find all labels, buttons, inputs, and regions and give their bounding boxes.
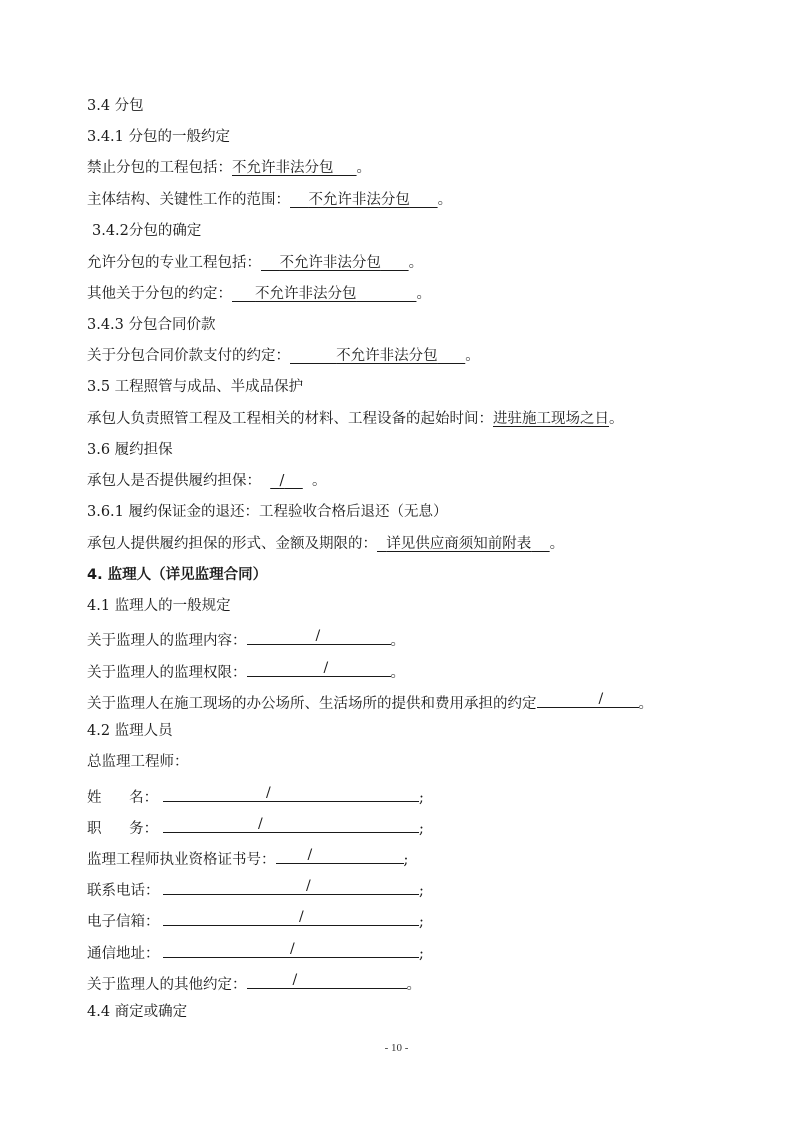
field-label: 承包人是否提供履约担保： <box>87 473 261 489</box>
heading-text: 3.4 分包 <box>87 98 144 114</box>
field-label: 姓 名： <box>87 788 163 808</box>
allowed-subcontract-value: 不允许非法分包 <box>279 255 381 271</box>
care-start-value: 进驻施工现场之日 <box>493 411 609 427</box>
name-field: / <box>163 784 419 802</box>
field-label: 关于监理人的其他约定： <box>87 977 247 993</box>
subcontract-payment-row: 关于分包合同价款支付的约定： 不允许非法分包 。 <box>87 346 480 366</box>
heading-text: 3.4.3 分包合同价款 <box>87 317 216 333</box>
other-supervisor-row: 关于监理人的其他约定：/。 <box>87 971 421 995</box>
underline-pad <box>377 536 386 552</box>
section-4-1-heading: 4.1 监理人的一般规定 <box>87 596 231 616</box>
punctuation: ; <box>419 946 424 962</box>
address-row: 通信地址：/; <box>87 940 424 964</box>
punctuation: ; <box>419 821 424 837</box>
section-4-4-heading: 4.4 商定或确定 <box>87 1002 187 1022</box>
section-3-4-2-heading: 3.4.2分包的确定 <box>92 221 201 241</box>
section-3-4-3-heading: 3.4.3 分包合同价款 <box>87 315 216 335</box>
office-provision-field: / <box>537 690 639 708</box>
email-row: 电子信箱：/; <box>87 908 424 932</box>
field-label: 承包人负责照管工程及工程相关的材料、工程设备的起始时间： <box>87 411 493 427</box>
punctuation: 。 <box>438 192 453 208</box>
punctuation: 。 <box>639 696 654 712</box>
field-value: / <box>324 658 329 678</box>
cert-field: / <box>276 846 404 864</box>
section-4-2-heading: 4.2 监理人员 <box>87 721 173 741</box>
field-label: 允许分包的专业工程包括： <box>87 255 261 271</box>
punctuation: 。 <box>550 536 565 552</box>
page-number: - 10 - <box>0 1042 793 1054</box>
punctuation: 。 <box>312 473 327 489</box>
field-value: / <box>299 907 304 927</box>
phone-field: / <box>163 877 419 895</box>
punctuation: 。 <box>391 633 406 649</box>
supervision-authority-row: 关于监理人的监理权限：/。 <box>87 659 405 683</box>
field-value: / <box>266 783 271 803</box>
underline-pad <box>290 192 308 208</box>
cert-row: 监理工程师执业资格证书号：/; <box>87 846 408 870</box>
supervision-authority-field: / <box>247 659 391 677</box>
supervision-content-row: 关于监理人的监理内容：/。 <box>87 627 405 651</box>
heading-text: 4. 监理人（详见监理合同） <box>87 567 267 583</box>
guarantee-form-row: 承包人提供履约担保的形式、金额及期限的： 详见供应商须知前附表 。 <box>87 534 564 554</box>
field-value: / <box>306 876 311 896</box>
field-value: / <box>316 626 321 646</box>
field-value: / <box>258 814 263 834</box>
field-label: 职 务： <box>87 819 163 839</box>
underline-pad <box>290 348 336 364</box>
section-3-4-1-heading: 3.4.1 分包的一般约定 <box>87 127 230 147</box>
underline-pad <box>410 192 438 208</box>
heading-text: 3.4.1 分包的一般约定 <box>87 129 230 145</box>
heading-text: 3.4.2分包的确定 <box>92 223 201 239</box>
office-provision-row: 关于监理人在施工现场的办公场所、生活场所的提供和费用承担的约定/。 <box>87 690 653 714</box>
underline-pad <box>261 255 279 271</box>
section-3-6-heading: 3.6 履约担保 <box>87 440 173 460</box>
prohibited-subcontract-value: 不允许非法分包 <box>232 160 334 176</box>
punctuation: 。 <box>391 665 406 681</box>
punctuation: 。 <box>357 160 372 176</box>
allowed-subcontract-row: 允许分包的专业工程包括： 不允许非法分包 。 <box>87 253 423 273</box>
field-label: 关于监理人的监理权限： <box>87 665 247 681</box>
field-label: 主体结构、关键性工作的范围： <box>87 192 290 208</box>
provide-guarantee-row: 承包人是否提供履约担保： / 。 <box>87 471 326 491</box>
name-row: 姓 名：/; <box>87 784 424 808</box>
title-field: / <box>163 815 419 833</box>
field-value: / <box>308 845 313 865</box>
field-label: 禁止分包的工程包括： <box>87 160 232 176</box>
subcontract-payment-value: 不允许非法分包 <box>336 348 438 364</box>
punctuation: 。 <box>409 255 424 271</box>
section-3-5-heading: 3.5 工程照管与成品、半成品保护 <box>87 377 303 397</box>
punctuation: 。 <box>609 411 624 427</box>
main-structure-value: 不允许非法分包 <box>308 192 410 208</box>
heading-text: 3.5 工程照管与成品、半成品保护 <box>87 379 303 395</box>
underline-pad <box>438 348 466 364</box>
underline-pad <box>334 160 357 176</box>
underline-pad <box>381 255 409 271</box>
field-label: 电子信箱： <box>87 912 163 932</box>
field-label: 通信地址： <box>87 944 163 964</box>
underline-pad <box>531 536 549 552</box>
field-value: / <box>599 689 604 709</box>
underline-pad <box>284 473 302 489</box>
heading-text: 3.6 履约担保 <box>87 442 173 458</box>
other-subcontract-value: 不允许非法分包 <box>255 286 357 302</box>
field-value: / <box>293 970 298 990</box>
field-label: 承包人提供履约担保的形式、金额及期限的： <box>87 536 377 552</box>
field-label: 关于分包合同价款支付的约定： <box>87 348 290 364</box>
address-field: / <box>163 940 419 958</box>
field-label: 其他关于分包的约定： <box>87 286 232 302</box>
email-field: / <box>163 908 419 926</box>
phone-row: 联系电话：/; <box>87 877 424 901</box>
heading-text: 4.1 监理人的一般规定 <box>87 598 231 614</box>
supervision-content-field: / <box>247 627 391 645</box>
field-label: 关于监理人在施工现场的办公场所、生活场所的提供和费用承担的约定 <box>87 696 537 712</box>
punctuation: 。 <box>465 348 480 364</box>
field-label: 关于监理人的监理内容： <box>87 633 247 649</box>
underline-pad <box>357 286 417 302</box>
other-subcontract-row: 其他关于分包的约定： 不允许非法分包 。 <box>87 284 431 304</box>
section-4-heading: 4. 监理人（详见监理合同） <box>87 565 267 585</box>
punctuation: ; <box>419 883 424 899</box>
deposit-refund-text: 3.6.1 履约保证金的退还：工程验收合格后退还（无息） <box>87 504 448 520</box>
other-supervisor-field: / <box>247 971 407 989</box>
punctuation: ; <box>404 852 409 868</box>
punctuation: ; <box>419 914 424 930</box>
main-structure-row: 主体结构、关键性工作的范围： 不允许非法分包 。 <box>87 190 452 210</box>
punctuation: 。 <box>416 286 431 302</box>
chief-engineer-label: 总监理工程师： <box>87 752 189 772</box>
punctuation: ; <box>419 790 424 806</box>
care-start-row: 承包人负责照管工程及工程相关的材料、工程设备的起始时间：进驻施工现场之日。 <box>87 409 624 429</box>
title-row: 职 务：/; <box>87 815 424 839</box>
heading-text: 4.2 监理人员 <box>87 723 173 739</box>
heading-text: 4.4 商定或确定 <box>87 1004 187 1020</box>
guarantee-form-value: 详见供应商须知前附表 <box>386 536 531 552</box>
deposit-refund-row: 3.6.1 履约保证金的退还：工程验收合格后退还（无息） <box>87 502 448 522</box>
underline-pad <box>232 286 255 302</box>
field-label: 监理工程师执业资格证书号： <box>87 852 276 868</box>
field-label: 总监理工程师： <box>87 754 189 770</box>
section-3-4-heading: 3.4 分包 <box>87 96 144 116</box>
field-label: 联系电话： <box>87 881 163 901</box>
prohibited-subcontract-row: 禁止分包的工程包括：不允许非法分包 。 <box>87 158 371 178</box>
punctuation: 。 <box>407 977 422 993</box>
field-value: / <box>290 939 295 959</box>
